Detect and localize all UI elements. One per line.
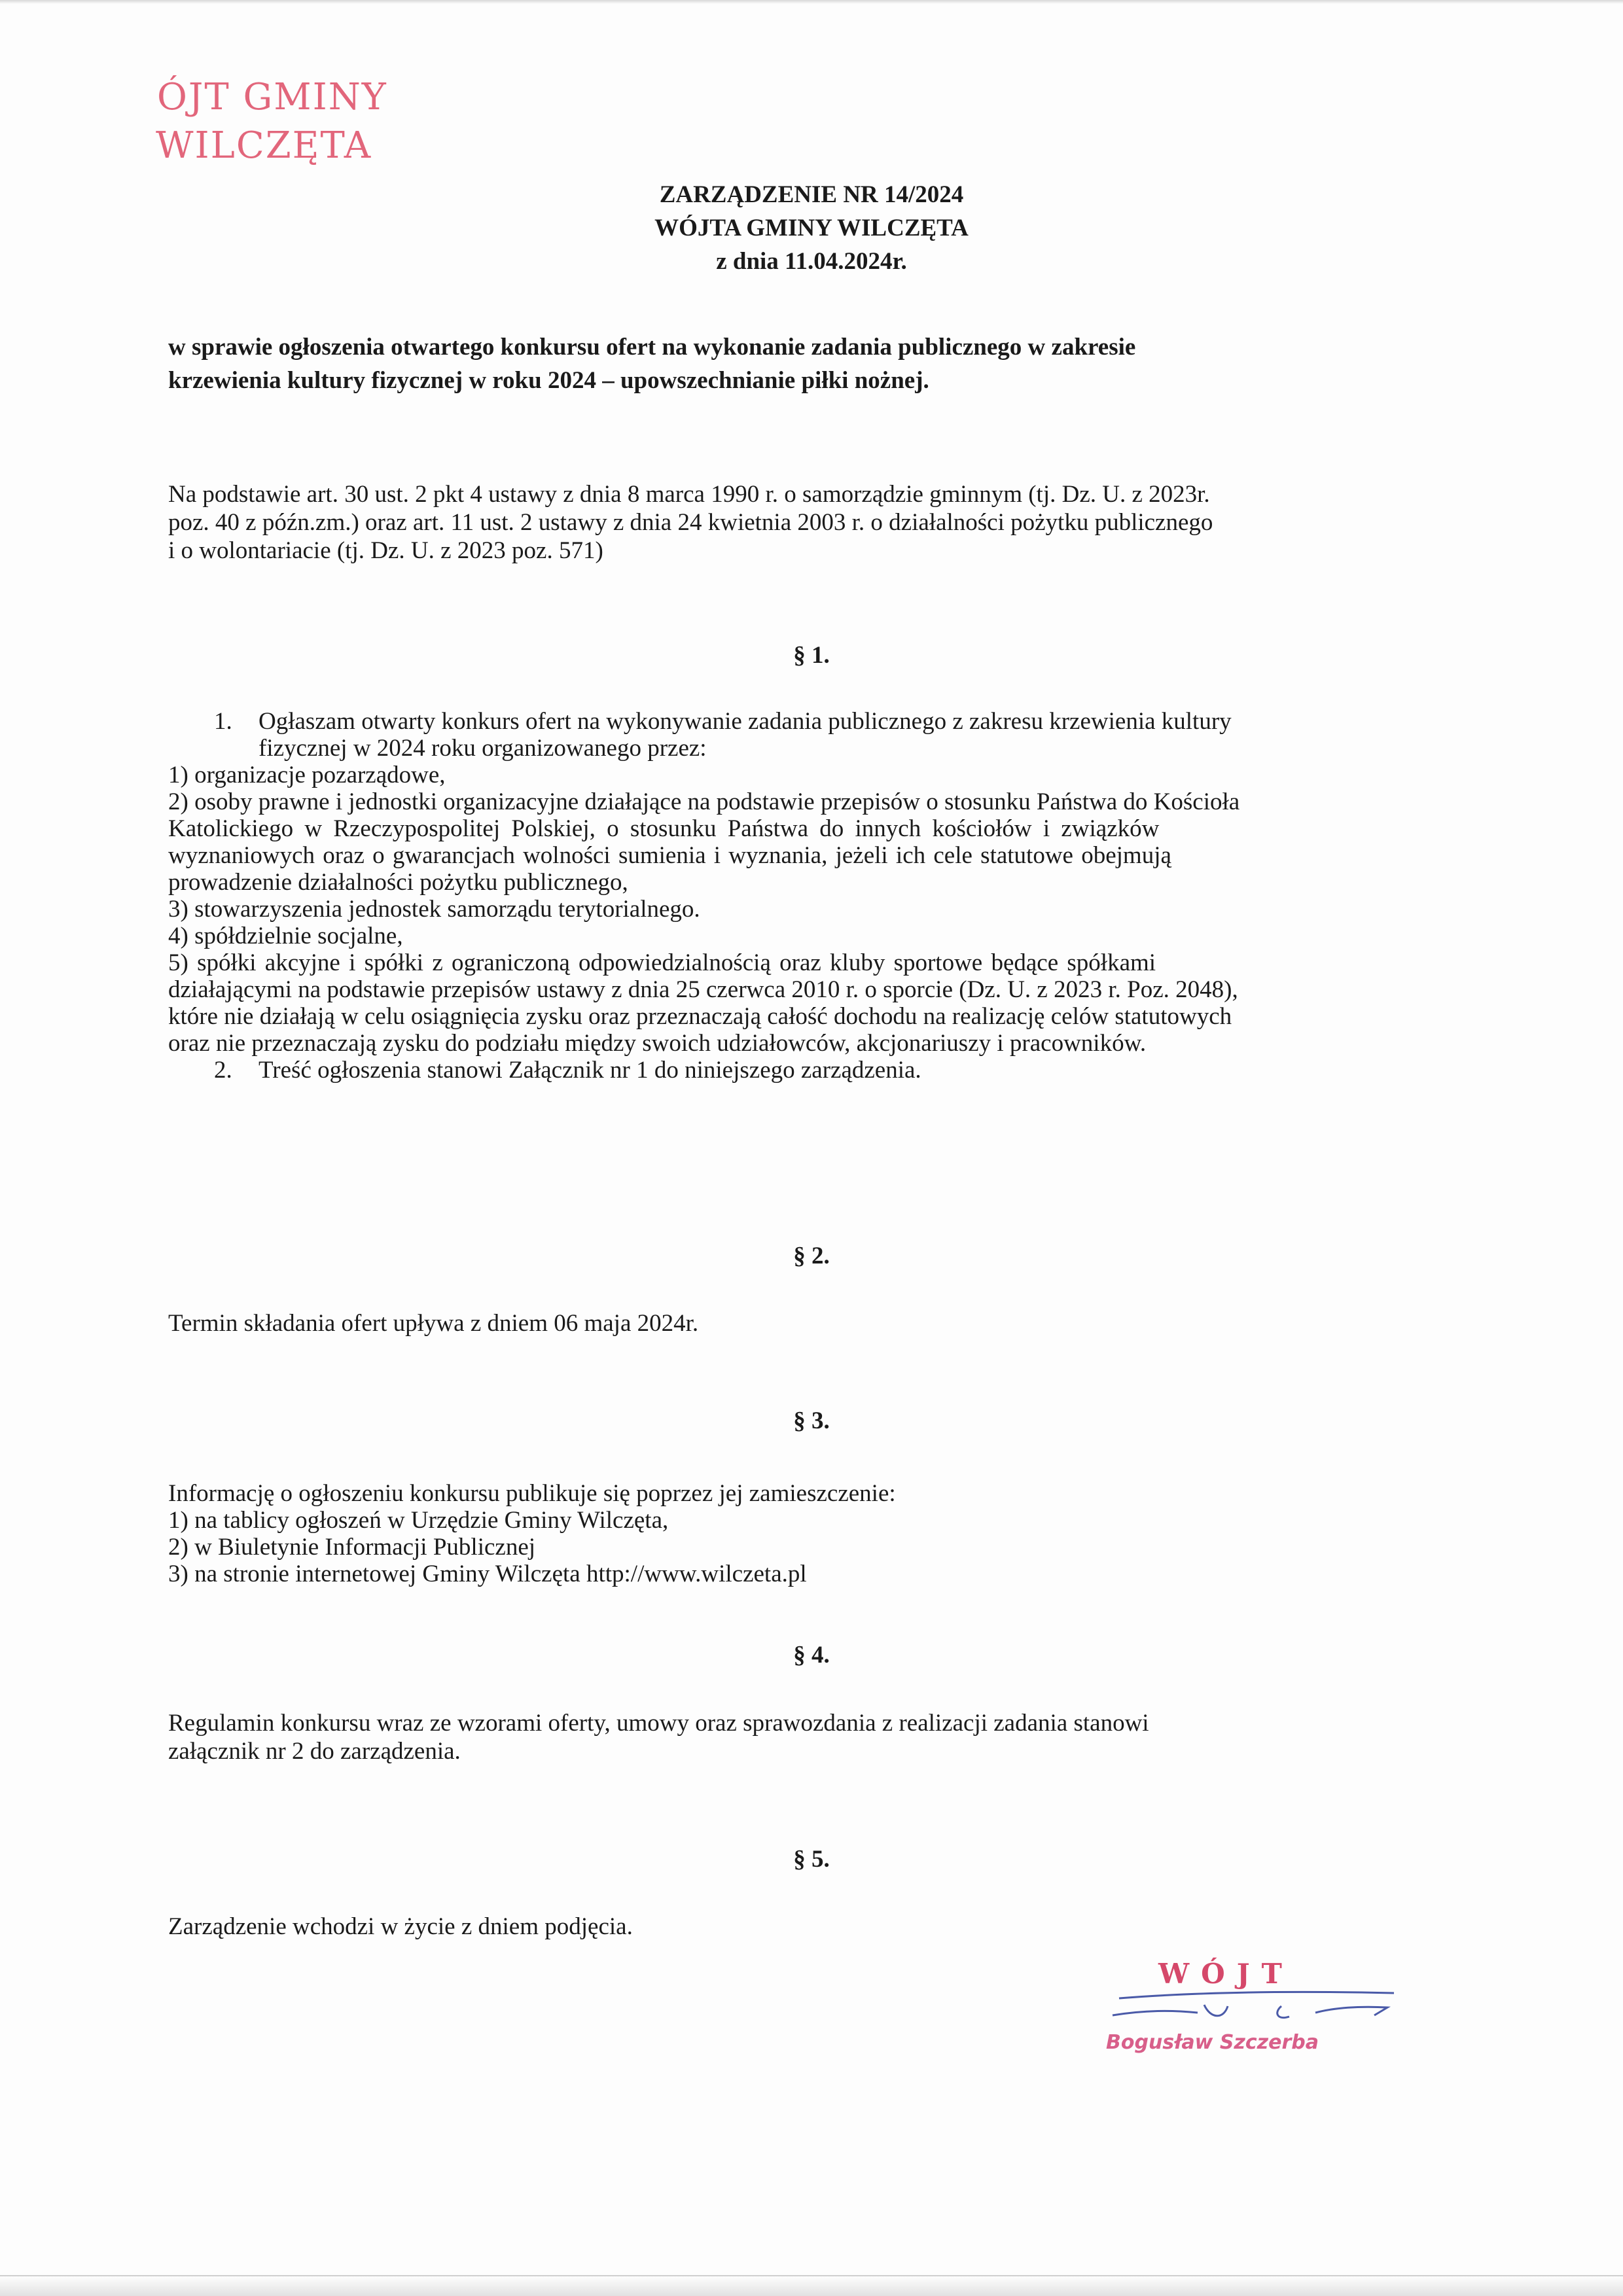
item-1-line-1: Ogłaszam otwarty konkurs ofert na wykony…: [168, 708, 1438, 735]
section-3-intro: Informację o ogłoszeniu konkursu publiku…: [168, 1480, 1438, 1507]
subject-line-2: krzewienia kultury fizycznej w roku 2024…: [168, 364, 1438, 397]
subject-line-1: w sprawie ogłoszenia otwartego konkursu …: [168, 330, 1438, 364]
stamp-line-1: ÓJT GMINY: [157, 73, 387, 122]
list-item-continuation: działającymi na podstawie przepisów usta…: [168, 976, 1438, 1003]
section-2-mark: § 2.: [0, 1242, 1623, 1270]
section-3-content: Informację o ogłoszeniu konkursu publiku…: [168, 1480, 1438, 1587]
section-4-mark: § 4.: [0, 1641, 1623, 1669]
legal-basis-paragraph: Na podstawie art. 30 ust. 2 pkt 4 ustawy…: [168, 480, 1438, 565]
section-4-content: Regulamin konkursu wraz ze wzorami ofert…: [168, 1709, 1438, 1765]
ordinance-date: z dnia 11.04.2024r.: [0, 245, 1623, 278]
item-1-line-2: fizycznej w 2024 roku organizowanego prz…: [168, 735, 1438, 762]
list-item: 2) w Biuletynie Informacji Publicznej: [168, 1534, 1438, 1561]
section-1-content: 1. Ogłaszam otwarty konkurs ofert na wyk…: [168, 708, 1438, 1084]
list-item: 4) spółdzielnie socjalne,: [168, 923, 1438, 949]
list-item: 1) na tablicy ogłoszeń w Urzędzie Gminy …: [168, 1507, 1438, 1534]
document-heading: ZARZĄDZENIE NR 14/2024 WÓJTA GMINY WILCZ…: [0, 178, 1623, 278]
list-item-continuation: które nie działają w celu osiągnięcia zy…: [168, 1003, 1438, 1030]
legal-basis-line-2: poz. 40 z późn.zm.) oraz art. 11 ust. 2 …: [168, 508, 1438, 537]
scan-bottom-edge: [0, 2275, 1623, 2296]
legal-basis-line-3: i o wolontariacie (tj. Dz. U. z 2023 poz…: [168, 537, 1438, 565]
office-stamp: ÓJT GMINY WILCZĘTA: [157, 73, 387, 170]
section-1-item-2: 2. Treść ogłoszenia stanowi Załącznik nr…: [168, 1057, 1438, 1084]
section-1-mark: § 1.: [0, 641, 1623, 669]
list-item: 3) stowarzyszenia jednostek samorządu te…: [168, 896, 1438, 923]
legal-basis-line-1: Na podstawie art. 30 ust. 2 pkt 4 ustawy…: [168, 480, 1438, 508]
list-item: 5) spółki akcyjne i spółki z ograniczoną…: [168, 949, 1438, 976]
list-item-continuation: prowadzenie działalności pożytku publicz…: [168, 869, 1438, 896]
list-item: 1) organizacje pozarządowe,: [168, 762, 1438, 788]
handwritten-signature-icon: [1106, 1984, 1407, 2036]
subject-paragraph: w sprawie ogłoszenia otwartego konkursu …: [168, 330, 1438, 397]
list-item-continuation: oraz nie przeznaczają zysku do podziału …: [168, 1030, 1438, 1057]
section-4-line-2: załącznik nr 2 do zarządzenia.: [168, 1737, 1438, 1765]
section-2-text: Termin składania ofert upływa z dniem 06…: [168, 1310, 1438, 1337]
section-3-mark: § 3.: [0, 1407, 1623, 1435]
issuer: WÓJTA GMINY WILCZĘTA: [0, 211, 1623, 245]
list-item: 3) na stronie internetowej Gminy Wilczęt…: [168, 1561, 1438, 1587]
list-item: 2) osoby prawne i jednostki organizacyjn…: [168, 788, 1438, 815]
scan-top-edge: [0, 0, 1623, 4]
list-item-continuation: wyznaniowych oraz o gwarancjach wolności…: [168, 842, 1438, 869]
section-1-item-1: 1. Ogłaszam otwarty konkurs ofert na wyk…: [168, 708, 1438, 762]
item-2-text: Treść ogłoszenia stanowi Załącznik nr 1 …: [168, 1057, 1438, 1084]
signatory-name: Bogusław Szczerba: [1106, 2031, 1319, 2054]
item-number: 2.: [214, 1057, 232, 1084]
list-item-continuation: Katolickiego w Rzeczypospolitej Polskiej…: [168, 815, 1438, 842]
section-5-text: Zarządzenie wchodzi w życie z dniem podj…: [168, 1913, 1438, 1941]
ordinance-number: ZARZĄDZENIE NR 14/2024: [0, 178, 1623, 211]
section-5-mark: § 5.: [0, 1845, 1623, 1873]
section-4-line-1: Regulamin konkursu wraz ze wzorami ofert…: [168, 1709, 1438, 1737]
signature-stamp: WÓJT Bogusław Szczerba: [1106, 1958, 1407, 2062]
item-number: 1.: [214, 708, 232, 735]
stamp-line-2: WILCZĘTA: [156, 122, 387, 170]
